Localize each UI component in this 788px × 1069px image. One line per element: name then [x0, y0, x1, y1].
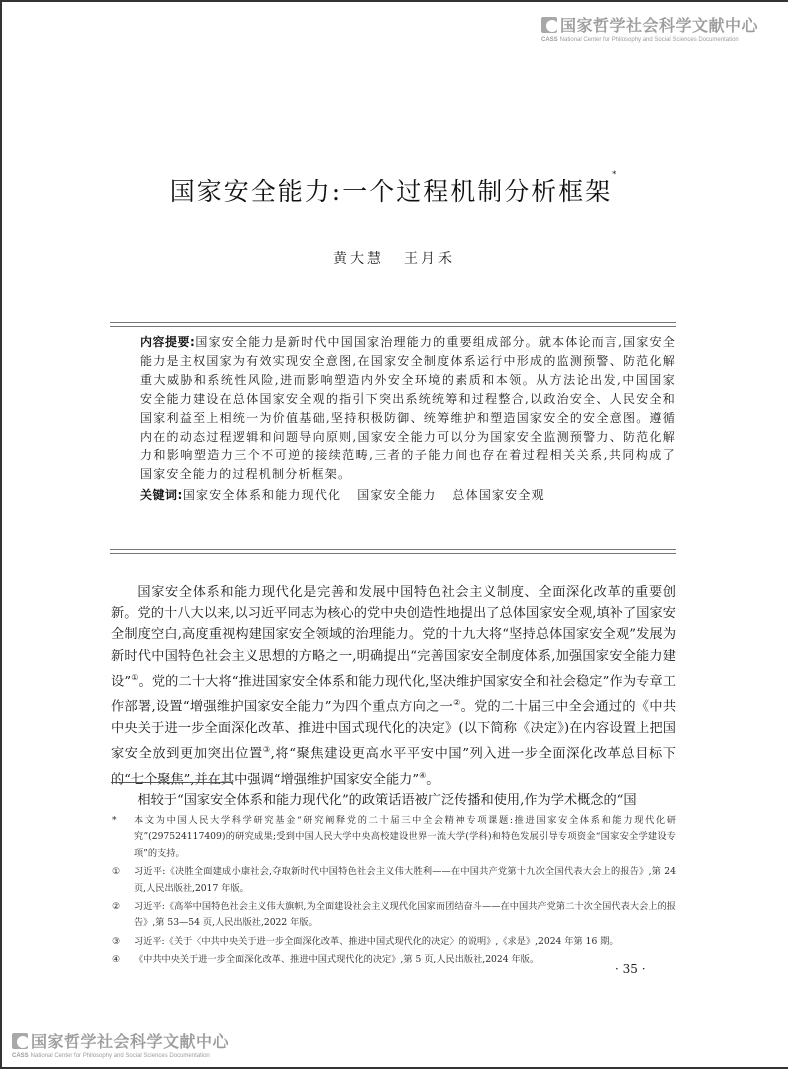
page-number: · 35 · [615, 962, 646, 976]
logo-english-name: CASSNational Center for Philosophy and S… [12, 1053, 229, 1059]
keyword: 国家安全体系和能力现代化 [183, 488, 341, 502]
author-name: 王月禾 [404, 251, 455, 267]
keywords-label: 关键词: [140, 488, 183, 502]
footnote-item: ①习近平:《决胜全面建成小康社会,夺取新时代中国特色社会主义伟大胜利——在中国共… [130, 864, 676, 897]
footnote-text: 习近平:《决胜全面建成小康社会,夺取新时代中国特色社会主义伟大胜利——在中国共产… [134, 864, 676, 897]
footnote-text: 习近平:《关于〈中共中央关于进一步全面深化改革、推进中国式现代化的决定〉的说明》… [134, 934, 676, 950]
footnote-mark: ④ [112, 952, 134, 968]
footnote-text: 本文为中国人民大学科学研究基金“研究阐释党的二十届三中全会精神专项课题:推进国家… [134, 813, 676, 862]
footnote-item: ④《中共中央关于进一步全面深化改革、推进中国式现代化的决定》,第 5 页,人民出… [130, 952, 676, 968]
abstract-text: 内容提要:国家安全能力是新时代中国国家治理能力的重要组成部分。就本体论而言,国家… [140, 333, 676, 484]
article-authors: 黄大慧王月禾 [0, 248, 788, 268]
author-name: 黄大慧 [333, 251, 384, 267]
body-paragraph: 相较于“国家安全体系和能力现代化”的政策话语被广泛传播和使用,作为学术概念的“国 [111, 790, 676, 811]
footnote-ref[interactable]: ③ [263, 745, 271, 754]
body-text: 国家安全体系和能力现代化是完善和发展中国特色社会主义制度、全面深化改革的重要创新… [111, 582, 676, 812]
footnote-mark: ③ [112, 934, 134, 950]
footnote-mark: ① [112, 864, 134, 897]
abstract-top-rule [110, 322, 676, 327]
footnote-rule [111, 782, 233, 783]
cass-logo-icon [12, 1033, 28, 1049]
footnote-item: ③习近平:《关于〈中共中央关于进一步全面深化改革、推进中国式现代化的决定〉的说明… [130, 934, 676, 950]
header-logo[interactable]: 国家哲学社会科学文献中心 CASSNational Center for Phi… [541, 13, 758, 43]
footnote-item: ②习近平:《高举中国特色社会主义伟大旗帜,为全面建设社会主义现代化国家而团结奋斗… [130, 899, 676, 932]
keyword: 总体国家安全观 [452, 488, 544, 502]
footnote-text: 习近平:《高举中国特色社会主义伟大旗帜,为全面建设社会主义现代化国家而团结奋斗—… [134, 899, 676, 932]
footnote-ref[interactable]: ① [131, 673, 138, 682]
title-footnote-mark[interactable]: * [612, 170, 618, 179]
logo-chinese-name: 国家哲学社会科学文献中心 [31, 1029, 229, 1052]
cass-logo-icon [541, 17, 557, 33]
footer-logo[interactable]: 国家哲学社会科学文献中心 CASSNational Center for Phi… [12, 1029, 229, 1059]
footnote-item: *本文为中国人民大学科学研究基金“研究阐释党的二十届三中全会精神专项课题:推进国… [130, 813, 676, 862]
footnote-mark: * [112, 813, 134, 862]
keyword: 国家安全能力 [357, 488, 436, 502]
footnote-ref[interactable]: ② [453, 698, 460, 707]
abstract-bottom-rule [110, 549, 676, 554]
keywords: 关键词:国家安全体系和能力现代化国家安全能力总体国家安全观 [140, 486, 676, 505]
body-paragraph: 国家安全体系和能力现代化是完善和发展中国特色社会主义制度、全面深化改革的重要创新… [111, 582, 676, 790]
footnote-mark: ② [112, 899, 134, 932]
footnote-text: 《中共中央关于进一步全面深化改革、推进中国式现代化的决定》,第 5 页,人民出版… [134, 952, 676, 968]
abstract-label: 内容提要: [140, 335, 195, 349]
abstract-block: 内容提要:国家安全能力是新时代中国国家治理能力的重要组成部分。就本体论而言,国家… [140, 333, 676, 505]
footnotes: *本文为中国人民大学科学研究基金“研究阐释党的二十届三中全会精神专项课题:推进国… [130, 813, 676, 971]
article-title: 国家安全能力:一个过程机制分析框架* [0, 172, 788, 208]
logo-chinese-name: 国家哲学社会科学文献中心 [560, 13, 758, 36]
logo-english-name: CASSNational Center for Philosophy and S… [541, 37, 758, 43]
